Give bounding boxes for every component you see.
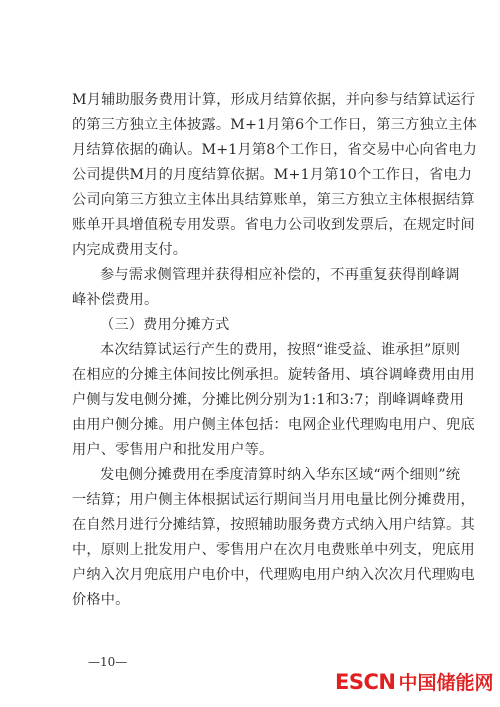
text-line: 峰补偿费用。: [72, 288, 442, 312]
text-line: 参与需求侧管理并获得相应补偿的，不再重复获得削峰调: [100, 263, 442, 287]
text-line: 内完成费用支付。: [72, 238, 442, 262]
text-line: 在自然月进行分摊结算，按照辅助服务费方式纳入用户结算。其: [72, 513, 442, 537]
text-line: 用户、零售用户和批发用户等。: [72, 438, 442, 462]
text-line: 发电侧分摊费用在季度清算时纳入华东区域“两个细则”统: [100, 463, 442, 487]
text-line: 户纳入次月兜底用户电价中，代理购电用户纳入次次月代理购电: [72, 563, 442, 587]
text-line: 户侧与发电侧分摊，分摊比例分别为1:1和3:7；削峰调峰费用: [72, 388, 442, 412]
page-number: —10—: [88, 655, 127, 669]
text-line: 价格中。: [72, 588, 442, 612]
document-page: M月辅助服务费用计算，形成月结算依据，并向参与结算试运行的第三方独立主体披露。M…: [0, 0, 500, 707]
section-heading: （三）费用分摊方式: [100, 313, 300, 337]
text-line: 中，原则上批发用户、零售用户在次月电费账单中列支，兜底用: [72, 538, 442, 562]
text-line: 本次结算试运行产生的费用，按照“谁受益、谁承担”原则: [100, 338, 442, 362]
text-line: 月结算依据的确认。M+1月第8个工作日，省交易中心向省电力: [72, 138, 442, 162]
watermark-chinese: 中国储能网: [398, 672, 493, 694]
text-line: 公司提供M月的月度结算依据。M+1月第10个工作日，省电力: [72, 163, 442, 187]
text-line: 由用户侧分摊。用户侧主体包括：电网企业代理购电用户、兜底: [72, 413, 442, 437]
text-line: 在相应的分摊主体间按比例承担。旋转备用、填谷调峰费用由用: [72, 363, 442, 387]
watermark-latin: ESCN: [335, 670, 395, 694]
text-line: 的第三方独立主体披露。M+1月第6个工作日，第三方独立主体: [72, 113, 442, 137]
text-line: 账单开具增值税专用发票。省电力公司收到发票后，在规定时间: [72, 213, 442, 237]
text-line: M月辅助服务费用计算，形成月结算依据，并向参与结算试运行: [72, 88, 442, 112]
text-line: 公司向第三方独立主体出具结算账单，第三方独立主体根据结算: [72, 188, 442, 212]
escn-watermark-logo: ESCN中国储能网: [335, 668, 493, 695]
text-line: 一结算；用户侧主体根据试运行期间当月用电量比例分摊费用，: [72, 488, 442, 512]
